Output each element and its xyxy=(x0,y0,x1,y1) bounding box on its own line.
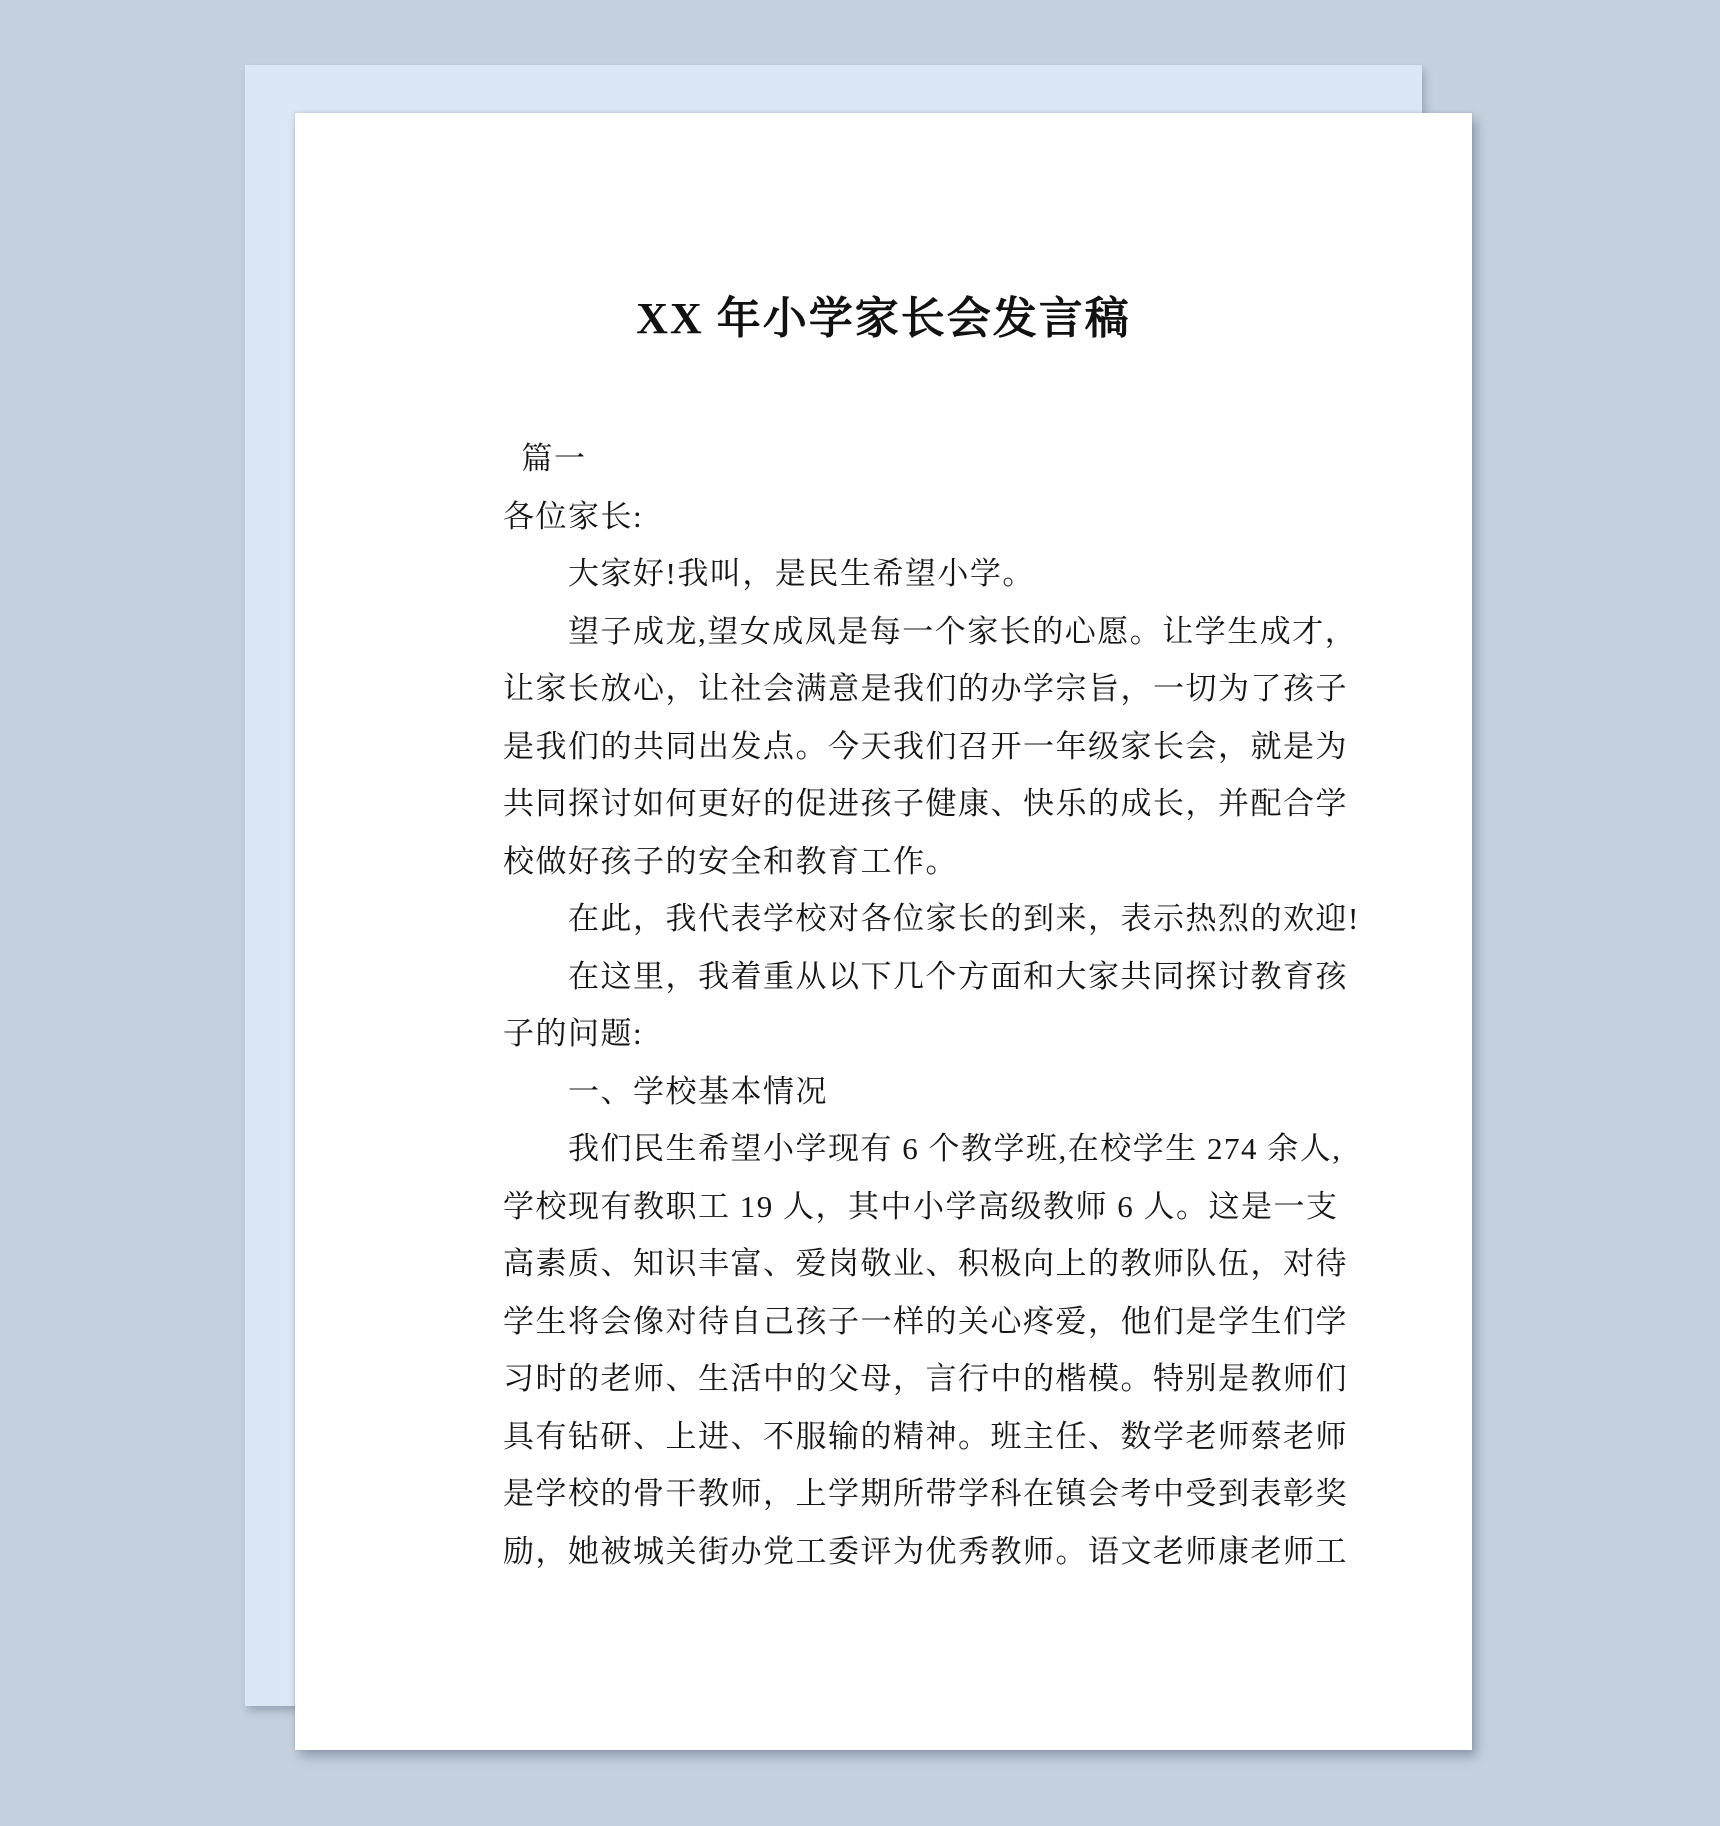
text-line: 子的问题: xyxy=(503,1014,1353,1072)
text-line: 篇一 xyxy=(503,439,1353,497)
text-line: 是学校的骨干教师，上学期所带学科在镇会考中受到表彰奖 xyxy=(503,1474,1353,1532)
text-line: 高素质、知识丰富、爱岗敬业、积极向上的教师队伍，对待 xyxy=(503,1244,1353,1302)
text-line: 望子成龙,望女成凤是每一个家长的心愿。让学生成才， xyxy=(503,612,1353,670)
document-body: 篇一 各位家长: 大家好!我叫，是民生希望小学。 望子成龙,望女成凤是每一个家长… xyxy=(503,439,1353,1589)
text-line: 各位家长: xyxy=(503,497,1353,555)
text-line: 具有钻研、上进、不服输的精神。班主任、数学老师蔡老师 xyxy=(503,1417,1353,1475)
text-line: 在此，我代表学校对各位家长的到来，表示热烈的欢迎! xyxy=(503,899,1353,957)
text-line: 一、学校基本情况 xyxy=(503,1072,1353,1130)
text-line: 学校现有教职工 19 人，其中小学高级教师 6 人。这是一支 xyxy=(503,1187,1353,1245)
text-line: 大家好!我叫，是民生希望小学。 xyxy=(503,554,1353,612)
text-line: 在这里，我着重从以下几个方面和大家共同探讨教育孩 xyxy=(503,957,1353,1015)
text-line: 我们民生希望小学现有 6 个教学班,在校学生 274 余人, xyxy=(503,1129,1353,1187)
text-line: 让家长放心，让社会满意是我们的办学宗旨，一切为了孩子 xyxy=(503,669,1353,727)
text-line: 学生将会像对待自己孩子一样的关心疼爱，他们是学生们学 xyxy=(503,1302,1353,1360)
document-title: XX 年小学家长会发言稿 xyxy=(295,295,1472,343)
text-line: 习时的老师、生活中的父母，言行中的楷模。特别是教师们 xyxy=(503,1359,1353,1417)
document-page: XX 年小学家长会发言稿 篇一 各位家长: 大家好!我叫，是民生希望小学。 望子… xyxy=(295,113,1472,1750)
text-line: 是我们的共同出发点。今天我们召开一年级家长会，就是为 xyxy=(503,727,1353,785)
text-line: 共同探讨如何更好的促进孩子健康、快乐的成长，并配合学 xyxy=(503,784,1353,842)
text-line: 励，她被城关街办党工委评为优秀教师。语文老师康老师工 xyxy=(503,1532,1353,1590)
text-line: 校做好孩子的安全和教育工作。 xyxy=(503,842,1353,900)
